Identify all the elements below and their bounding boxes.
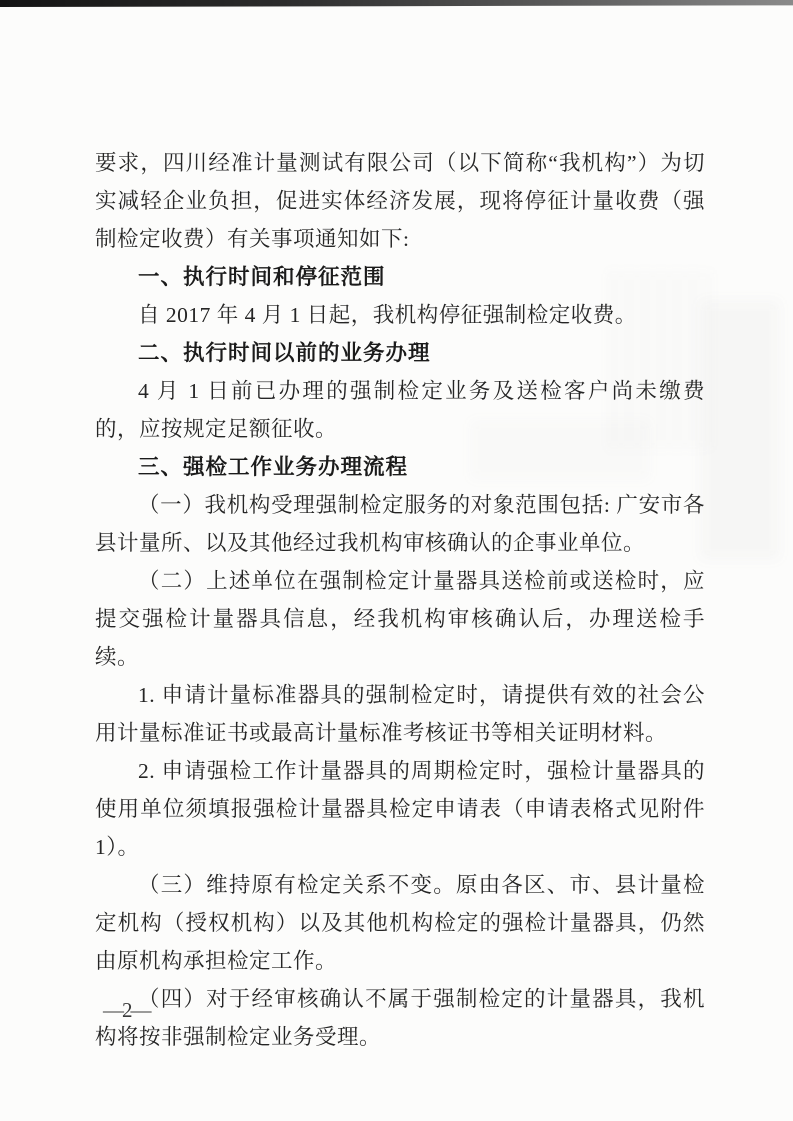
document-body: 要求，四川经准计量测试有限公司（以下简称“我机构”）为切实减轻企业负担，促进实体… bbox=[95, 144, 705, 1056]
paragraph-item-2: （二）上述单位在强制检定计量器具送检前或送检时，应提交强检计量器具信息，经我机构… bbox=[95, 562, 705, 676]
section-heading-3: 三、强检工作业务办理流程 bbox=[95, 448, 705, 486]
paragraph-section2: 4 月 1 日前已办理的强制检定业务及送检客户尚未缴费的，应按规定足额征收。 bbox=[95, 372, 705, 448]
scan-edge-artifact bbox=[0, 0, 793, 7]
section-heading-2: 二、执行时间以前的业务办理 bbox=[95, 334, 705, 372]
scanned-document-page: 要求，四川经准计量测试有限公司（以下简称“我机构”）为切实减轻企业负担，促进实体… bbox=[0, 0, 793, 1121]
paragraph-intro-continuation: 要求，四川经准计量测试有限公司（以下简称“我机构”）为切实减轻企业负担，促进实体… bbox=[95, 144, 705, 258]
paragraph-item-2-sub-1: 1. 申请计量标准器具的强制检定时，请提供有效的社会公用计量标准证书或最高计量标… bbox=[95, 676, 705, 752]
scan-smudge bbox=[700, 300, 780, 560]
paragraph-item-1: （一）我机构受理强制检定服务的对象范围包括: 广安市各县计量所、以及其他经过我机… bbox=[95, 486, 705, 562]
section-heading-1: 一、执行时间和停征范围 bbox=[95, 258, 705, 296]
paragraph-item-4: （四）对于经审核确认不属于强制检定的计量器具，我机构将按非强制检定业务受理。 bbox=[95, 980, 705, 1056]
paragraph-item-3: （三）维持原有检定关系不变。原由各区、市、县计量检定机构（授权机构）以及其他机构… bbox=[95, 866, 705, 980]
paragraph-section1: 自 2017 年 4 月 1 日起，我机构停征强制检定收费。 bbox=[95, 296, 705, 334]
page-number: —2— bbox=[103, 995, 150, 1025]
paragraph-item-2-sub-2: 2. 申请强检工作计量器具的周期检定时，强检计量器具的使用单位须填报强检计量器具… bbox=[95, 752, 705, 866]
